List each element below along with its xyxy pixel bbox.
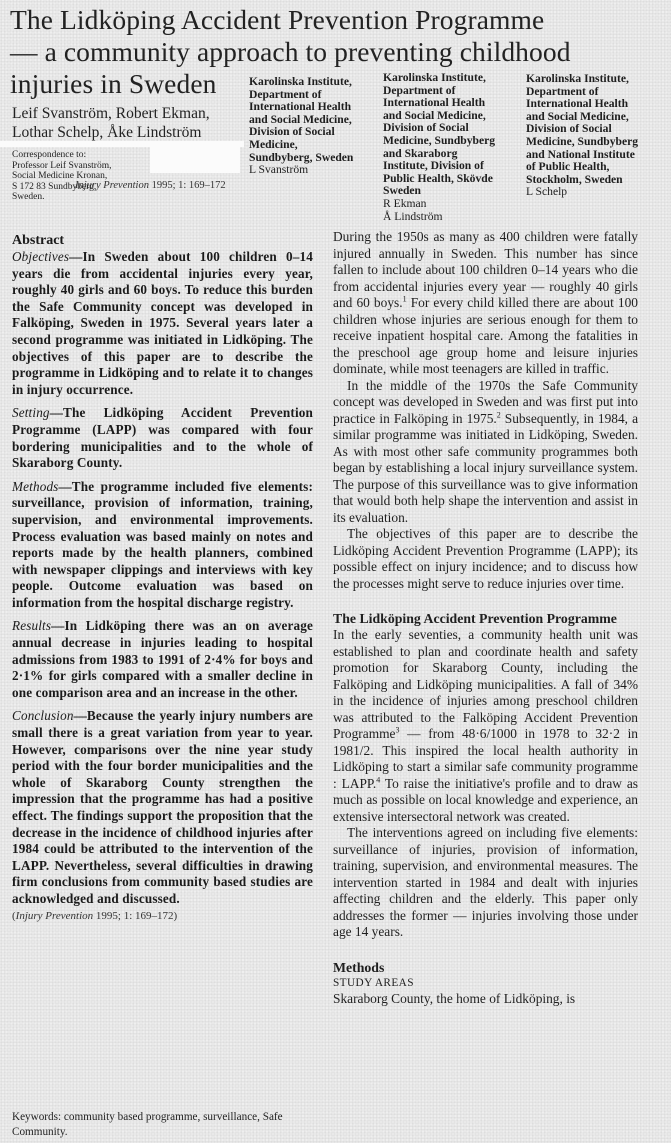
section-heading-lapp: The Lidköping Accident Prevention Progra…: [333, 611, 638, 627]
abstract-citation: (Injury Prevention 1995; 1: 169–172): [12, 910, 313, 923]
section-text: —Because the yearly injury numbers are s…: [12, 708, 313, 906]
abstract-conclusion: Conclusion—Because the yearly injury num…: [12, 708, 313, 907]
body-paragraph-2: In the middle of the 1970s the Safe Comm…: [333, 378, 638, 527]
affiliation-line: International Health: [526, 98, 638, 111]
authors-line-2: Lothar Schelp, Åke Lindström: [12, 123, 252, 142]
affiliation-line: of Public Health,: [526, 161, 638, 174]
section-text: —The Lidköping Accident Prevention Progr…: [12, 405, 313, 470]
abstract-objectives: Objectives—In Sweden about 100 children …: [12, 249, 313, 398]
section-text: —The programme included five elements: s…: [12, 479, 313, 610]
affiliation-line: Medicine,: [249, 139, 353, 152]
citation-details: 1995; 1: 169–172): [93, 910, 177, 922]
author-list: Leif Svanström, Robert Ekman, Lothar Sch…: [12, 104, 252, 142]
section-label: Methods: [12, 479, 58, 494]
correspondence-block: Correspondence to: Professor Leif Svanst…: [12, 150, 152, 203]
section-text: —In Lidköping there was an on average an…: [12, 618, 313, 699]
section-text: —In Sweden about 100 children 0–14 years…: [12, 249, 313, 397]
text: Subsequently, in 1984, a similar program…: [333, 411, 638, 525]
affiliation-line: Karolinska Institute,: [249, 76, 353, 89]
affiliation-author: R Ekman: [383, 198, 495, 211]
citation-journal: Injury Prevention: [16, 910, 93, 922]
scan-white-patch: [150, 146, 240, 173]
abstract-setting: Setting—The Lidköping Accident Preventio…: [12, 405, 313, 471]
section-label: Results: [12, 618, 51, 633]
authors-line-1: Leif Svanström, Robert Ekman,: [12, 104, 252, 123]
affiliation-author: L Schelp: [526, 186, 638, 199]
title-line-1: The Lidköping Accident Prevention Progra…: [10, 4, 670, 36]
journal-name: Injury Prevention: [75, 180, 149, 191]
affiliation-3: Karolinska Institute, Department of Inte…: [526, 73, 638, 199]
body-paragraph-3: The objectives of this paper are to desc…: [333, 526, 638, 592]
title-line-2: — a community approach to preventing chi…: [10, 36, 670, 68]
correspondence-country: Sweden.: [12, 192, 152, 203]
keywords: Keywords: community based programme, sur…: [12, 1110, 317, 1140]
text: In the early seventies, a community heal…: [333, 627, 638, 741]
affiliation-2: Karolinska Institute, Department of Inte…: [383, 72, 495, 223]
affiliation-line: Karolinska Institute,: [526, 73, 638, 86]
section-heading-methods: Methods: [333, 960, 638, 976]
body-paragraph-1: During the 1950s as many as 400 children…: [333, 229, 638, 378]
affiliation-line: Karolinska Institute,: [383, 72, 495, 85]
body-column: During the 1950s as many as 400 children…: [333, 229, 638, 1007]
affiliation-author: L Svanström: [249, 164, 353, 177]
section-label: Conclusion: [12, 708, 74, 723]
abstract-results: Results—In Lidköping there was an on ave…: [12, 618, 313, 701]
section-label: Objectives: [12, 249, 69, 264]
subsection-heading-study-areas: STUDY AREAS: [333, 976, 638, 991]
correspondence-name: Professor Leif Svanström,: [12, 161, 152, 172]
affiliation-1: Karolinska Institute, Department of Inte…: [249, 76, 353, 177]
affiliation-line: International Health: [249, 101, 353, 114]
affiliation-line: Institute, Division of: [383, 160, 495, 173]
affiliation-author: Å Lindström: [383, 211, 495, 224]
body-paragraph-4: In the early seventies, a community heal…: [333, 627, 638, 825]
journal-reference: Injury Prevention 1995; 1: 169–172: [75, 180, 226, 191]
affiliation-line: Medicine, Sundbyberg: [526, 136, 638, 149]
body-paragraph-5: The interventions agreed on including fi…: [333, 825, 638, 941]
abstract-methods: Methods—The programme included five elem…: [12, 479, 313, 612]
abstract-heading: Abstract: [12, 233, 313, 249]
correspondence-label: Correspondence to:: [12, 150, 152, 161]
abstract-column: Abstract Objectives—In Sweden about 100 …: [12, 233, 313, 923]
affiliation-line: Medicine, Sundbyberg: [383, 135, 495, 148]
affiliation-line: International Health: [383, 97, 495, 110]
body-paragraph-6: Skaraborg County, the home of Lidköping,…: [333, 991, 638, 1008]
section-label: Setting: [12, 405, 50, 420]
journal-details: 1995; 1: 169–172: [149, 180, 226, 191]
